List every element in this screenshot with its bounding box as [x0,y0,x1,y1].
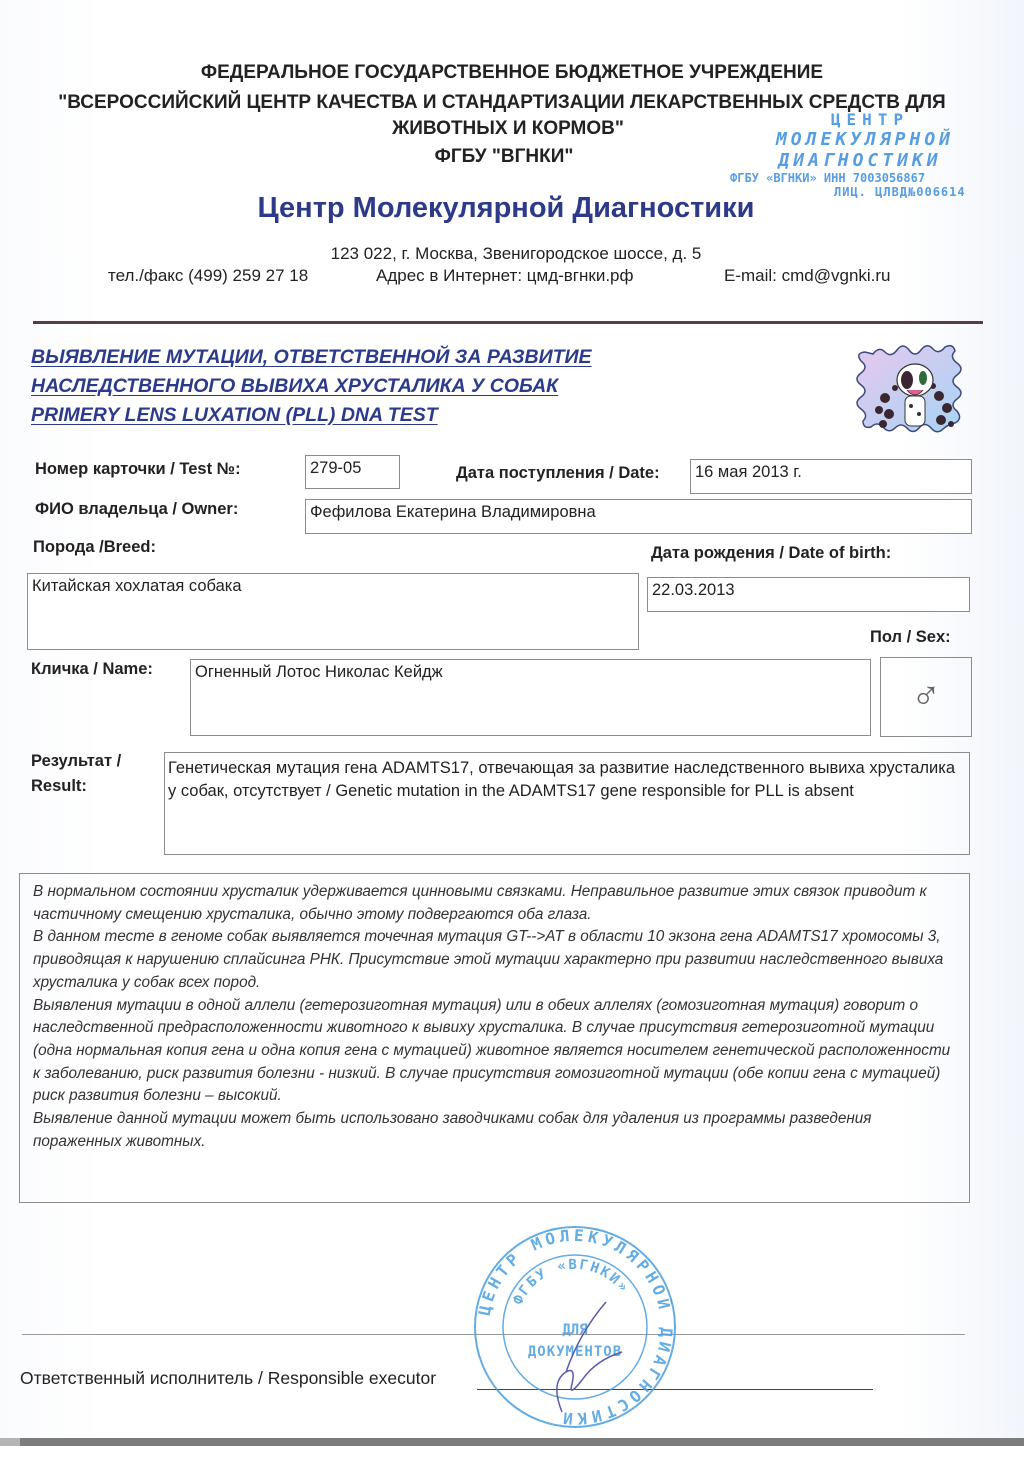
test-description: В нормальном состоянии хрусталик удержив… [19,873,970,1203]
owner-label: ФИО владельца / Owner: [35,500,238,519]
stamp-line-2: МОЛЕКУЛЯРНОЙ [740,129,990,150]
svg-text:ФГБУ «ВГНКИ»: ФГБУ «ВГНКИ» [510,1257,632,1307]
sex-field[interactable]: ♂ [880,657,972,737]
description-paragraph: В нормальном состоянии хрусталик удержив… [33,881,956,926]
name-label: Кличка / Name: [31,660,153,679]
test-title-line-1: ВЫЯВЛЕНИЕ МУТАЦИИ, ОТВЕТСТВЕННОЙ ЗА РАЗВ… [31,343,592,372]
header-divider [33,321,983,324]
description-paragraph: Выявления мутации в одной аллели (гетеро… [33,995,956,1109]
dob-label: Дата рождения / Date of birth: [651,544,891,563]
male-symbol-icon: ♂ [911,674,941,718]
description-paragraph: Выявление данной мутации может быть испо… [33,1108,956,1153]
result-field[interactable]: Генетическая мутация гена ADAMTS17, отве… [164,752,970,855]
test-title: ВЫЯВЛЕНИЕ МУТАЦИИ, ОТВЕТСТВЕННОЙ ЗА РАЗВ… [31,343,592,430]
name-field[interactable]: Огненный Лотос Николас Кейдж [190,659,871,736]
date-field[interactable]: 16 мая 2013 г. [690,459,972,494]
org-header-line-1: ФЕДЕРАЛЬНОЕ ГОСУДАРСТВЕННОЕ БЮДЖЕТНОЕ УЧ… [0,62,1024,84]
dalmatian-logo-icon [855,340,975,445]
test-title-line-2: НАСЛЕДСТВЕННОГО ВЫВИХА ХРУСТАЛИКА У СОБА… [31,372,592,401]
result-label-2: Result: [31,777,87,796]
stamp-line-4: ФГБУ «ВГНКИ» ИНН 7003056867 [730,171,990,185]
center-name: Центр Молекулярной Диагностики [0,192,1018,225]
round-seal-icon: ЦЕНТР МОЛЕКУЛЯРНОЙ ДИАГНОСТИКИ ФГБУ «ВГН… [470,1222,680,1432]
seal-middle-1: ДЛЯ [562,1322,587,1338]
sex-label: Пол / Sex: [870,628,951,647]
test-title-line-3: PRIMERY LENS LUXATION (PLL) DNA TEST [31,401,592,430]
scan-edge-bar [0,1438,1024,1446]
address: 123 022, г. Москва, Звенигородское шоссе… [4,244,1024,264]
scanned-document: ФЕДЕРАЛЬНОЕ ГОСУДАРСТВЕННОЕ БЮДЖЕТНОЕ УЧ… [0,0,1024,1438]
website[interactable]: Адрес в Интернет: цмд-вгнки.рф [376,266,634,286]
scan-edge-tick [0,1438,20,1446]
stamp-line-3: ДИАГНОСТИКИ [730,150,990,171]
email[interactable]: E-mail: cmd@vgnki.ru [724,266,891,286]
responsible-executor-label: Ответственный исполнитель / Responsible … [20,1368,436,1389]
description-paragraph: В данном тесте в геноме собак выявляется… [33,926,956,994]
test-no-label: Номер карточки / Test №: [35,460,241,479]
test-no-field[interactable]: 279-05 [305,455,400,489]
breed-label: Порода /Breed: [33,538,156,557]
stamp-line-1: ЦЕНТР [750,110,990,129]
rectangular-stamp: ЦЕНТР МОЛЕКУЛЯРНОЙ ДИАГНОСТИКИ ФГБУ «ВГН… [730,110,990,199]
seal-inner-text: ФГБУ «ВГНКИ» [510,1257,632,1307]
breed-field[interactable]: Китайская хохлатая собака [27,573,639,650]
dob-field[interactable]: 22.03.2013 [647,577,970,612]
date-label: Дата поступления / Date: [456,464,660,483]
result-label-1: Результат / [31,752,121,771]
owner-field[interactable]: Фефилова Екатерина Владимировна [305,499,972,534]
phone: тел./факс (499) 259 27 18 [108,266,308,286]
